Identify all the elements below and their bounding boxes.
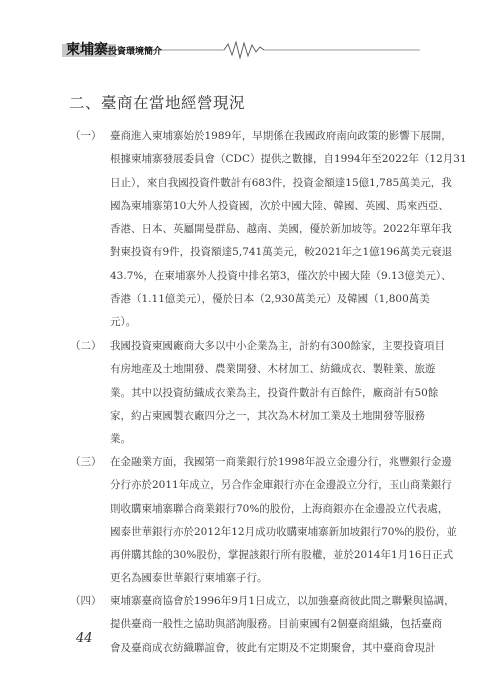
item-line: 會及臺商成衣紡織聯誼會，彼此有定期及不定期聚會，其中臺商會現計 xyxy=(110,637,430,660)
list-item-3: （三） 在金融業方面，我國第一商業銀行於1998年設立金邊分行，兆豐銀行金邊 分… xyxy=(70,451,430,591)
list-item-4: （四） 柬埔寨臺商協會於1996年9月1日成立，以加強臺商彼此間之聯繫與協調， … xyxy=(70,590,430,660)
list-item-2: （二） 我國投資柬國廠商大多以中小企業為主，計約有300餘家，主要投資項目 有房… xyxy=(70,335,430,451)
item-marker: （四） xyxy=(70,590,102,613)
section-title: 二、臺商在當地經營現況 xyxy=(69,91,245,113)
item-line: 再併購其餘的30%股份，掌握該銀行所有股權，並於2014年1月16日正式 xyxy=(110,544,430,567)
item-line: 香港、日本、英屬開曼群島、越南、美國，優於新加坡等。2022年單年我 xyxy=(110,218,430,241)
running-header: 柬埔寨投資環境簡介 xyxy=(62,38,420,62)
header-title: 柬埔寨投資環境簡介 xyxy=(66,41,162,60)
item-line: 元）。 xyxy=(110,311,430,334)
header-title-main: 柬埔寨 xyxy=(66,42,108,58)
item-line: 根據柬埔寨發展委員會（CDC）提供之數據，自1994年至2022年（12月31 xyxy=(110,148,430,171)
item-line: 臺商進入柬埔寨始於1989年，早期係在我國政府南向政策的影響下展開， xyxy=(110,125,430,148)
item-line: 香港（1.11億美元），優於日本（2,930萬美元）及韓國（1,800萬美 xyxy=(110,288,430,311)
item-line: 日止），來自我國投資件數計有683件，投資金額達15億1,785萬美元，我 xyxy=(110,172,430,195)
item-line: 則收購柬埔寨聯合商業銀行70%的股份，上海商銀亦在金邊設立代表處， xyxy=(110,498,430,521)
item-line: 業。其中以投資紡織成衣業為主，投資件數計有百餘件，廠商計有50餘 xyxy=(110,382,430,405)
header-title-sub: 投資環境簡介 xyxy=(108,47,162,57)
item-line: 提供臺商一般性之協助與諮詢服務。目前柬國有2個臺商組織，包括臺商 xyxy=(110,613,430,636)
item-line: 柬埔寨臺商協會於1996年9月1日成立，以加強臺商彼此間之聯繫與協調， xyxy=(110,590,430,613)
item-line: 有房地產及土地開發、農業開發、木材加工、紡織成衣、製鞋業、旅遊 xyxy=(110,358,430,381)
item-line: 我國投資柬國廠商大多以中小企業為主，計約有300餘家，主要投資項目 xyxy=(110,335,430,358)
item-marker: （三） xyxy=(70,451,102,474)
item-line: 家，約占柬國製衣廠四分之一，其次為木材加工業及土地開發等服務 xyxy=(110,405,430,428)
item-line: 43.7%，在柬埔寨外人投資中排名第3，僅次於中國大陸（9.13億美元）、 xyxy=(110,265,430,288)
item-line: 對柬投資有9件，投資額達5,741萬美元，較2021年之1億196萬美元衰退 xyxy=(110,241,430,264)
item-marker: （二） xyxy=(70,335,102,358)
item-line: 更名為國泰世華銀行柬埔寨子行。 xyxy=(110,567,430,590)
page-number: 44 xyxy=(76,631,93,646)
item-marker: （一） xyxy=(70,125,102,148)
item-line: 業。 xyxy=(110,428,430,451)
list-item-1: （一） 臺商進入柬埔寨始於1989年，早期係在我國政府南向政策的影響下展開， 根… xyxy=(70,125,430,335)
item-line: 分行亦於2011年成立，另合作金庫銀行亦在金邊設立分行，玉山商業銀行 xyxy=(110,474,430,497)
item-line: 國為柬埔寨第10大外人投資國，次於中國大陸、韓國、英國、馬來西亞、 xyxy=(110,195,430,218)
item-line: 在金融業方面，我國第一商業銀行於1998年設立金邊分行，兆豐銀行金邊 xyxy=(110,451,430,474)
item-line: 國泰世華銀行亦於2012年12月成功收購柬埔寨新加坡銀行70%的股份，並 xyxy=(110,521,430,544)
